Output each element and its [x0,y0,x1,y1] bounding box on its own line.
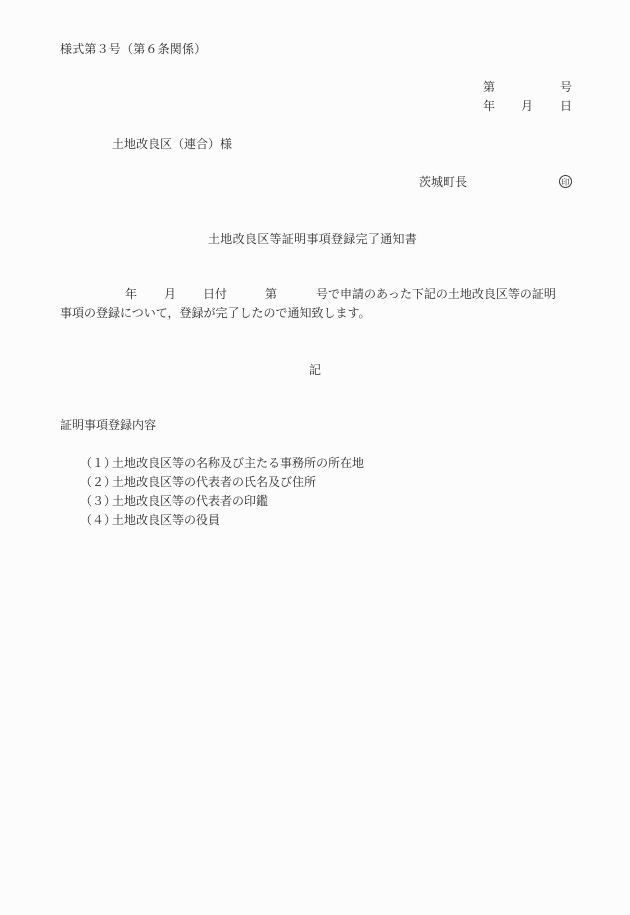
list-item-text: 土地改良区等の名称及び主たる事務所の所在地 [112,456,364,470]
ki-heading: 記 [309,364,321,376]
section-heading: 証明事項登録内容 [60,419,156,431]
body-paragraph-line-1: 年 月 日付 第 号で申請のあった下記の土地改良区等の証明 [60,288,575,302]
list-item-number: （３） [80,495,112,507]
list-item-number: （４） [80,514,112,526]
body-month: 月 [164,288,176,300]
issuer-name: 茨城町長 [419,176,467,188]
document-title: 土地改良区等証明事項登録完了通知書 [208,233,417,245]
body-day-suffix: 日付 [203,288,227,300]
list-item: （３）土地改良区等の代表者の印鑑 [80,495,268,507]
document-date-field: 年 月 日 [483,100,572,114]
document-number-field: 第 号 [483,81,572,95]
list-item: （４）土地改良区等の役員 [80,514,220,526]
body-number-prefix: 第 [265,288,277,300]
list-item: （２）土地改良区等の代表者の氏名及び住所 [80,476,316,488]
list-item-text: 土地改良区等の代表者の氏名及び住所 [112,475,316,489]
body-line1-rest: 号で申請のあった下記の土地改良区等の証明 [316,288,556,300]
list-item-number: （２） [80,476,112,488]
list-item-number: （１） [80,457,112,469]
seal-icon: 印 [559,175,572,188]
doc-date-day: 日 [560,100,572,112]
doc-date-month: 月 [521,100,533,112]
body-paragraph-line-2: 事項の登録について，登録が完了したので通知致します。 [60,307,371,319]
addressee: 土地改良区（連合）様 [112,138,232,150]
list-item-text: 土地改良区等の役員 [112,513,220,527]
list-item-text: 土地改良区等の代表者の印鑑 [112,494,268,508]
list-item: （１）土地改良区等の名称及び主たる事務所の所在地 [80,457,364,469]
doc-number-prefix: 第 [483,81,495,93]
issuer-block: 茨城町長 印 [419,176,572,190]
doc-number-suffix: 号 [560,81,572,93]
doc-date-year: 年 [483,100,495,112]
document-page: 様式第３号（第６条関係） 第 号 年 月 日 土地改良区（連合）様 茨城町長 印… [0,0,630,915]
form-number: 様式第３号（第６条関係） [60,43,206,55]
body-year: 年 [125,288,137,300]
